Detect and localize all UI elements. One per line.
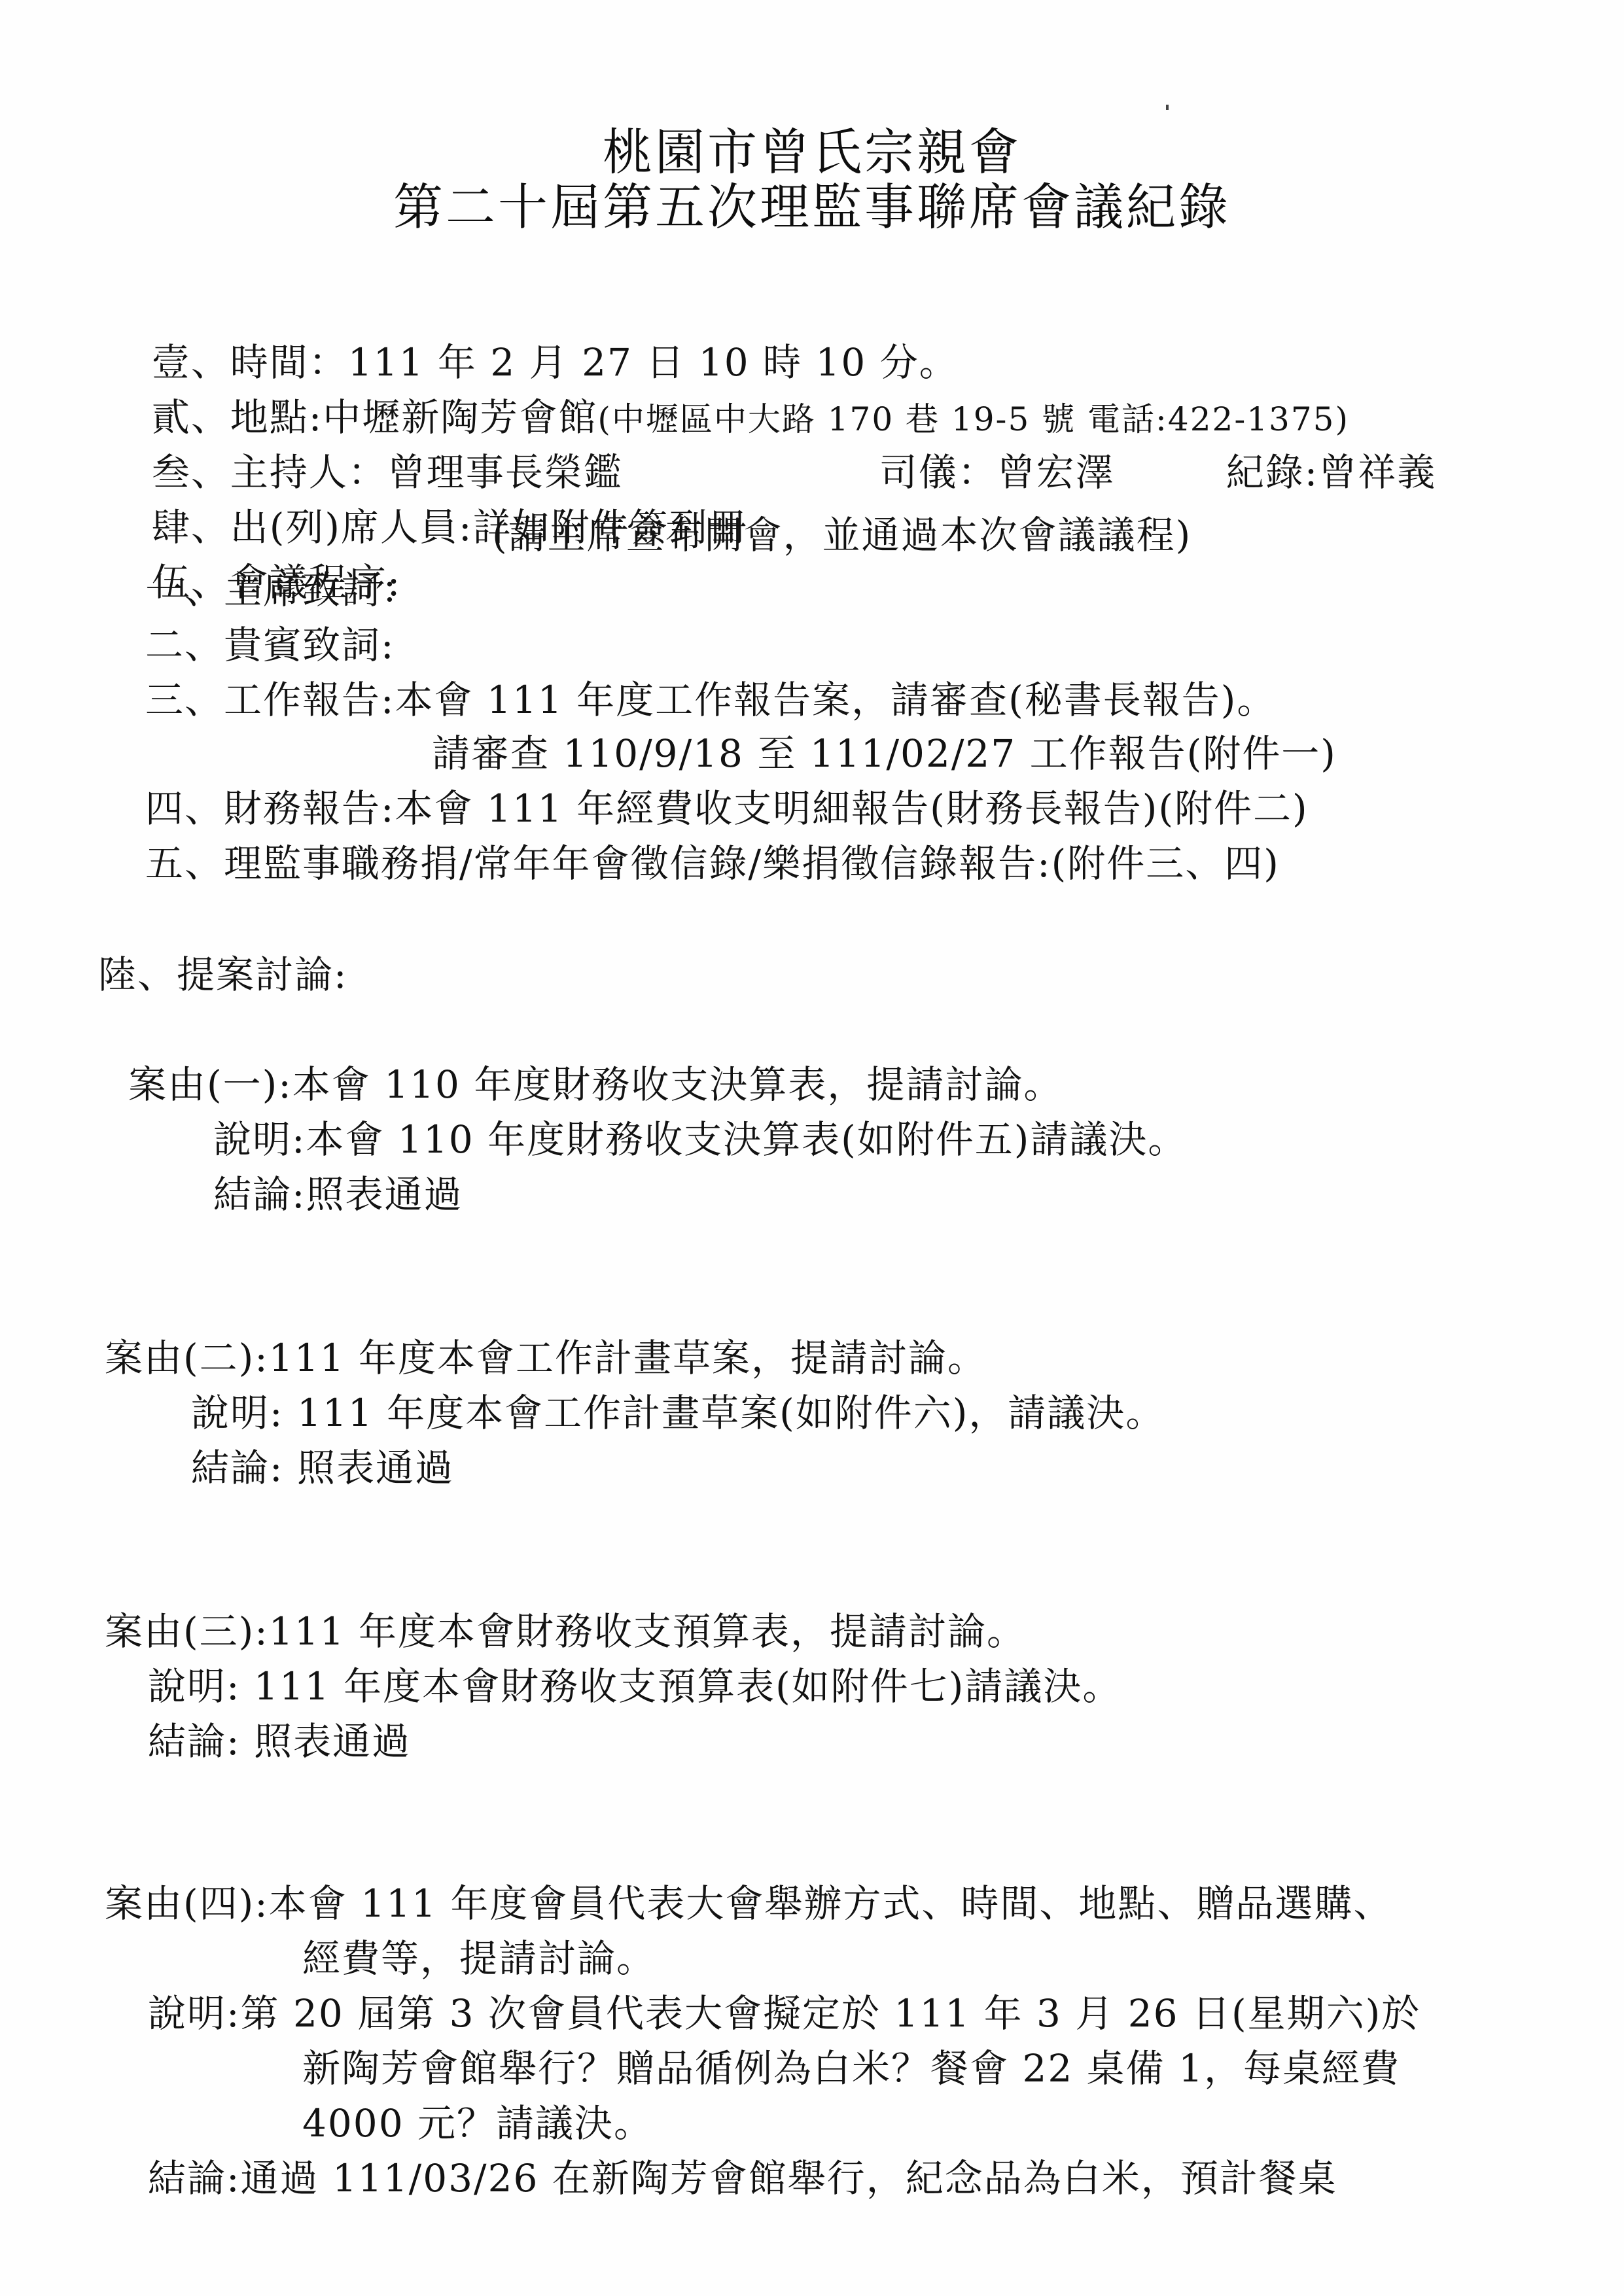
case-subject: 案由(二):111 年度本會工作計畫草案，提請討論。	[105, 1334, 987, 1382]
case-conclusion: 結論:照表通過	[213, 1171, 463, 1218]
document-title-organization: 桃園市曾氏宗親會	[0, 123, 1624, 182]
section-recorder: 紀錄:曾祥義	[1173, 402, 1436, 543]
mc-value: 曾宏澤	[997, 450, 1115, 495]
recorder-label: 紀錄:	[1226, 450, 1319, 495]
case-explanation: 說明:第 20 屆第 3 次會員代表大會擬定於 111 年 3 月 26 日(星…	[148, 1990, 1421, 2037]
document-title-meeting: 第二十屆第五次理監事聯席會議紀錄	[0, 178, 1624, 237]
case-conclusion: 結論: 照表通過	[191, 1444, 454, 1491]
case-explanation-continuation: 新陶芳會館舉行？贈品循例為白米？餐會 22 桌備 1，每桌經費	[302, 2045, 1400, 2092]
scan-speck	[1166, 105, 1169, 110]
agenda-note: (請主席宣布開會，並通過本次會議議程)	[492, 512, 1192, 559]
case-subject-continuation: 經費等，提請討論。	[302, 1935, 656, 1982]
agenda-item: 四、財務報告:本會 111 年經費收支明細報告(財務長報告)(附件二)	[145, 785, 1309, 832]
case-explanation: 說明:本會 110 年度財務收支決算表(如附件五)請議決。	[213, 1116, 1187, 1163]
case-conclusion: 結論: 照表通過	[148, 1718, 411, 1765]
agenda-item: 三、工作報告:本會 111 年度工作報告案，請審查(秘書長報告)。	[145, 676, 1276, 723]
agenda-item: 一、主席致詞：	[145, 566, 420, 614]
recorder-value: 曾祥義	[1318, 450, 1436, 495]
case-explanation: 說明: 111 年度本會財務收支預算表(如附件七)請議決。	[148, 1663, 1121, 1710]
case-explanation-continuation: 4000 元？請議決。	[302, 2100, 653, 2147]
agenda-item: 二、貴賓致詞:	[145, 621, 395, 669]
agenda-item-continuation: 請審查 110/9/18 至 111/02/27 工作報告(附件一)	[432, 730, 1337, 777]
case-subject: 案由(三):111 年度本會財務收支預算表，提請討論。	[105, 1608, 1026, 1655]
document-page: 桃園市曾氏宗親會 第二十屆第五次理監事聯席會議紀錄 壹、時間：111 年 2 月…	[0, 0, 1624, 2296]
case-conclusion: 結論:通過 111/03/26 在新陶芳會館舉行，紀念品為白米，預計餐桌	[148, 2155, 1337, 2202]
case-subject: 案由(一):本會 110 年度財務收支決算表，提請討論。	[128, 1061, 1063, 1108]
agenda-item: 五、理監事職務捐/常年年會徵信錄/樂捐徵信錄報告:(附件三、四)	[145, 840, 1280, 887]
section-proposals: 陸、提案討論:	[98, 951, 348, 998]
mc-label: 司儀：	[879, 450, 997, 495]
case-explanation: 說明: 111 年度本會工作計畫草案(如附件六)，請議決。	[191, 1389, 1165, 1436]
case-subject: 案由(四):本會 111 年度會員代表大會舉辦方式、時間、地點、贈品選購、	[105, 1880, 1392, 1927]
